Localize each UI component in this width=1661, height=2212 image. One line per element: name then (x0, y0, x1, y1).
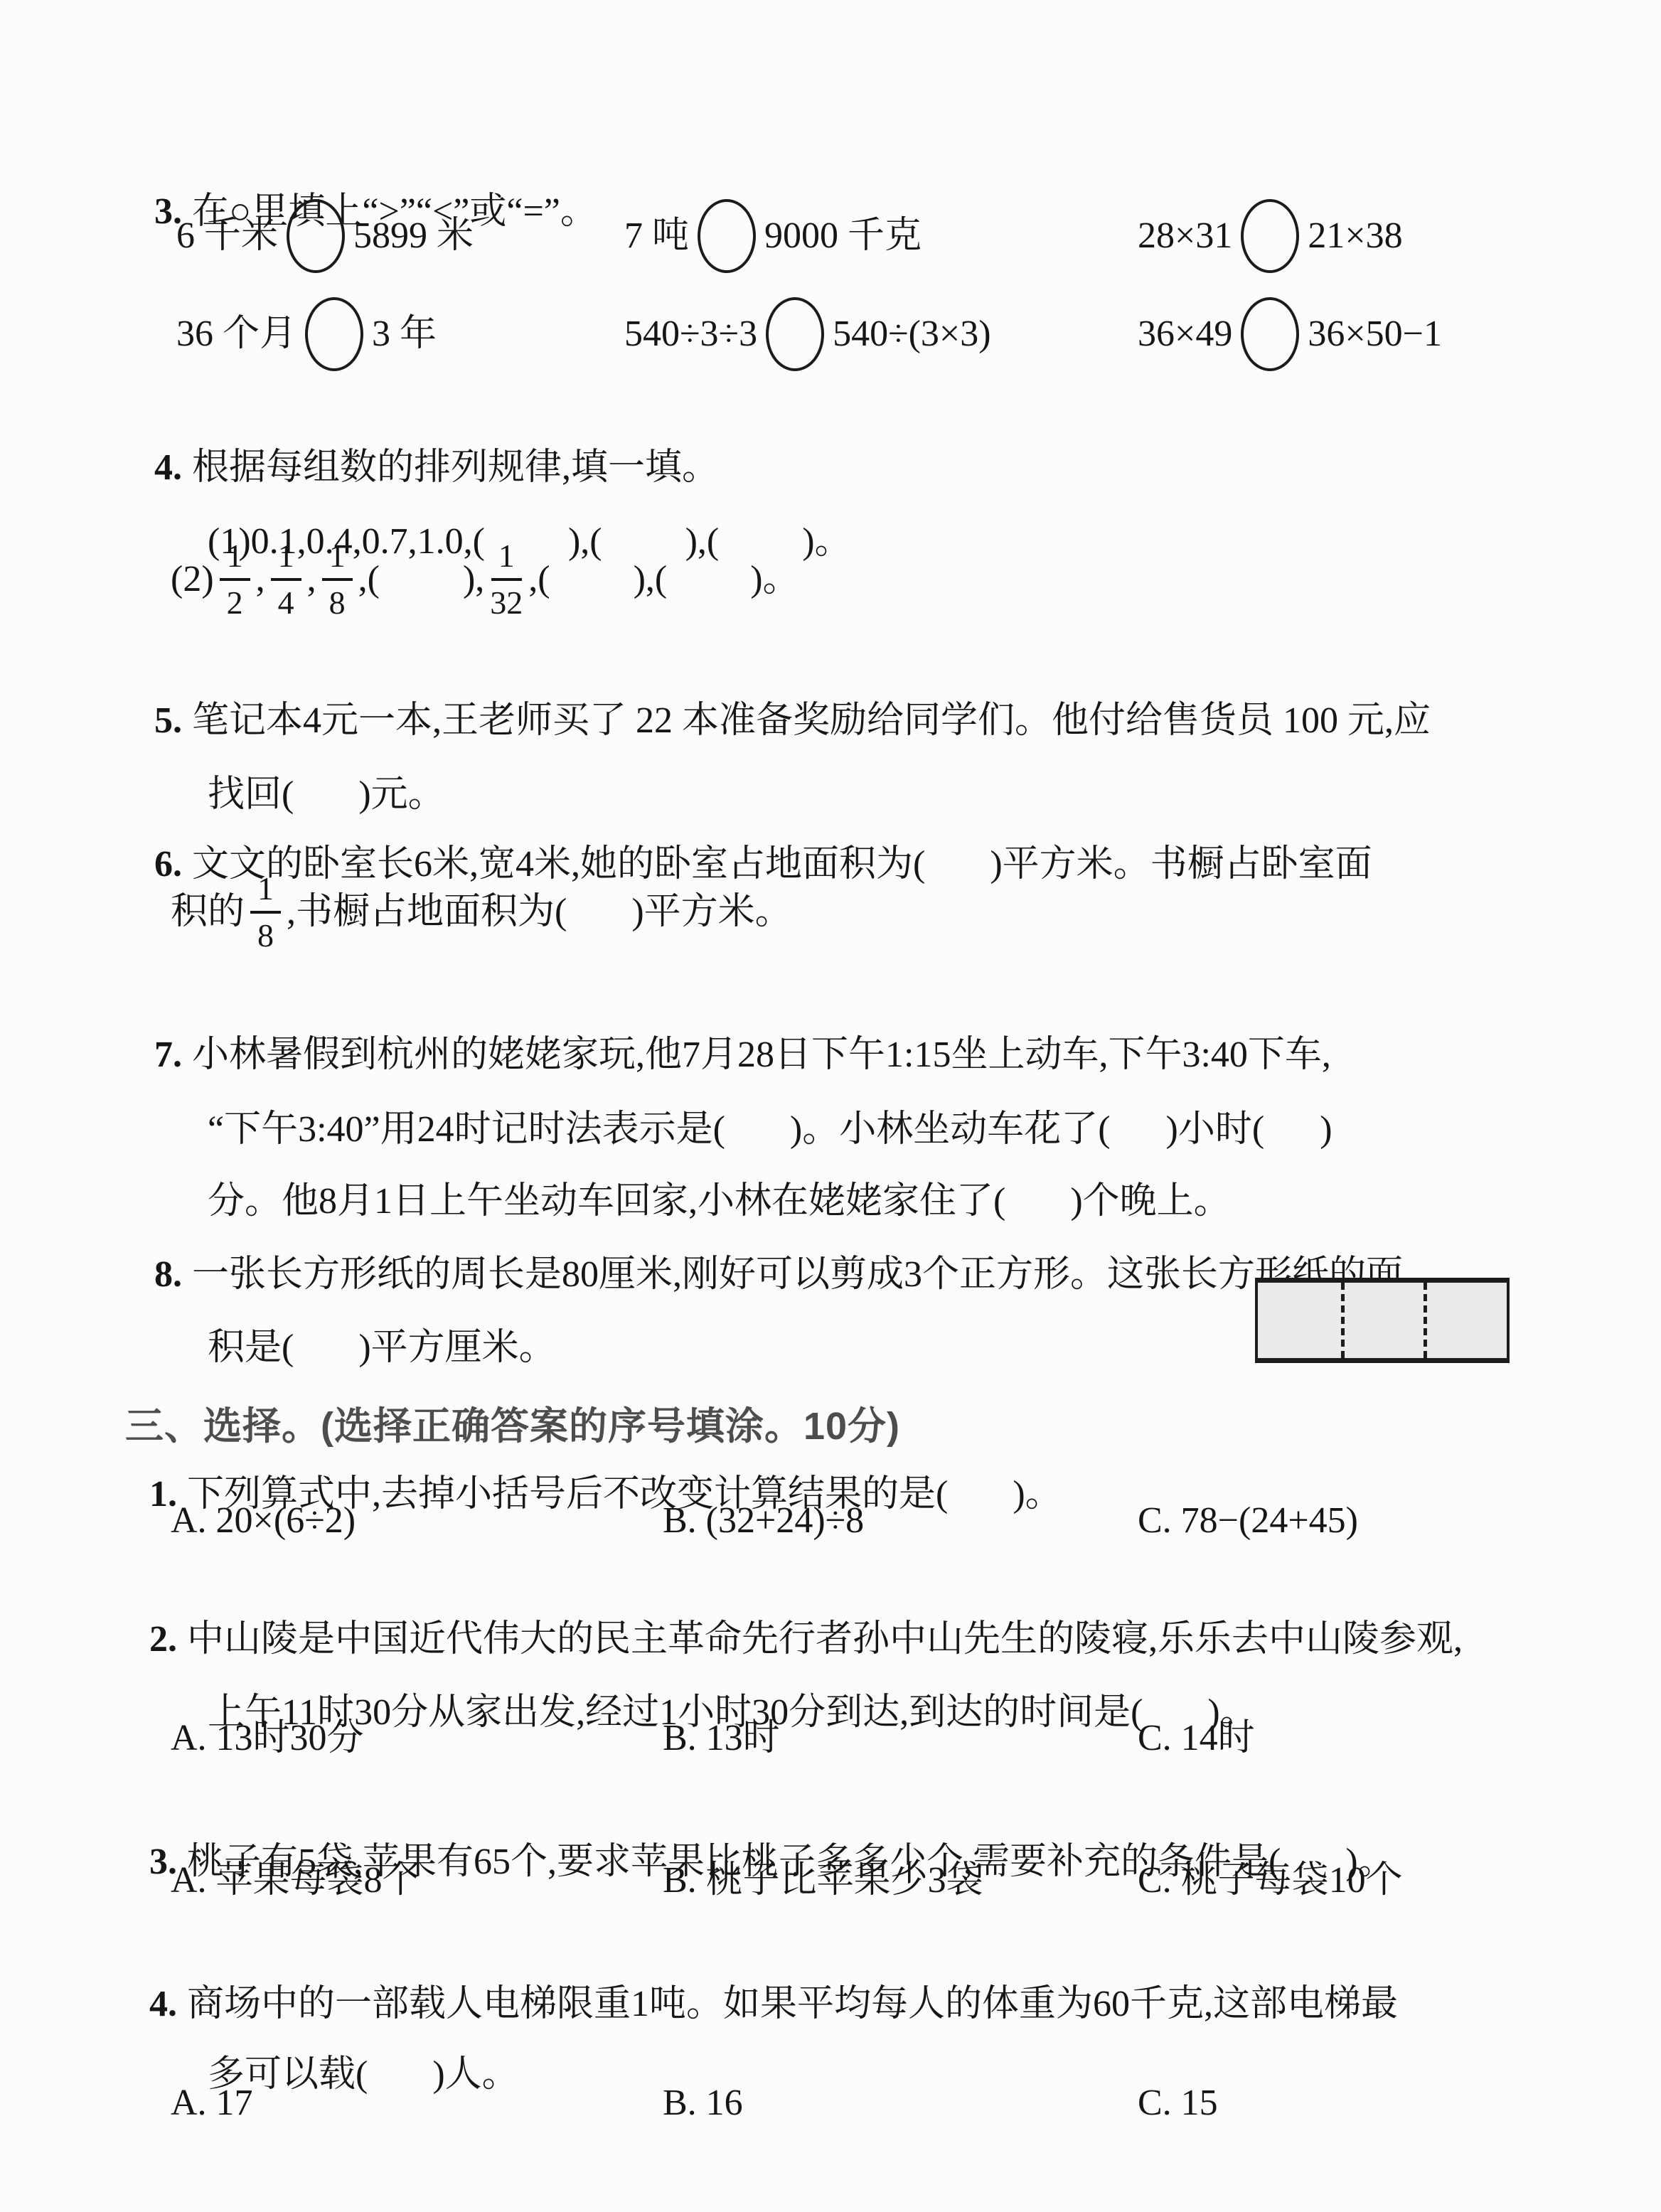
comparison-right: 3 年 (372, 310, 437, 358)
comparison-circle (287, 199, 345, 273)
option-b: B. 桃子比苹果少3袋 (663, 1856, 983, 1905)
choice-2-options: A. 13时30分 B. 13时 C. 14时 (171, 1714, 1593, 1765)
comparison-row-1: 6 千米 5899 米 7 吨 9000 千克 28×31 21×38 (176, 192, 1620, 280)
fraction-1-8: 18 (322, 540, 353, 619)
comparison-circle (1241, 199, 1299, 273)
option-c: C. 桃子每袋10个 (1138, 1856, 1403, 1905)
fraction-1-8: 18 (250, 872, 281, 952)
fraction-1-4: 14 (271, 540, 301, 619)
option-a: A. 17 (171, 2079, 253, 2127)
line-2-suffix: ,书橱占地面积为( )平方米。 (287, 888, 792, 936)
comparison-left: 540÷3÷3 (624, 310, 757, 358)
comparison-right: 21×38 (1308, 212, 1402, 260)
option-b: B. 13时 (663, 1714, 780, 1763)
comparison-circle (698, 199, 756, 273)
comparison-right: 9000 千克 (764, 212, 922, 260)
comparison-circle (1241, 297, 1299, 371)
line-2-prefix: 积的 (171, 888, 245, 936)
separator: , (307, 555, 316, 604)
comparison-item: 540÷3÷3 540÷(3×3) (624, 290, 991, 378)
blank-separator: ,( ), (358, 555, 485, 604)
option-a: A. 20×(6÷2) (171, 1497, 356, 1545)
option-a: A. 苹果每袋8个 (171, 1856, 420, 1905)
option-c: C. 15 (1138, 2079, 1218, 2127)
dashed-divider-icon (1424, 1283, 1427, 1358)
comparison-right: 36×50−1 (1308, 310, 1442, 358)
choice-3-options: A. 苹果每袋8个 B. 桃子比苹果少3袋 C. 桃子每袋10个 (171, 1856, 1593, 1908)
option-b: B. (32+24)÷8 (663, 1497, 864, 1545)
comparison-item: 6 千米 5899 米 (176, 192, 474, 280)
comparison-item: 36 个月 3 年 (176, 290, 437, 378)
comparison-right: 540÷(3×3) (833, 310, 991, 358)
option-c: C. 78−(24+45) (1138, 1497, 1358, 1545)
exam-page: 3.在○里填上“>”“<”或“=”。 6 千米 5899 米 7 吨 9000 … (0, 0, 1661, 2212)
comparison-circle (305, 297, 363, 371)
blank-separator: ,( ),( )。 (528, 555, 799, 604)
option-a: A. 13时30分 (171, 1714, 364, 1763)
choice-4-options: A. 17 B. 16 C. 15 (171, 2079, 1593, 2130)
comparison-right: 5899 米 (353, 212, 474, 260)
choice-1-options: A. 20×(6÷2) B. (32+24)÷8 C. 78−(24+45) (171, 1497, 1593, 1548)
rectangle-figure (1255, 1278, 1510, 1363)
comparison-left: 7 吨 (624, 212, 689, 260)
item-2-prefix: (2) (171, 555, 214, 604)
dashed-divider-icon (1341, 1283, 1345, 1358)
question-4-item-2: (2) 12 , 14 , 18 ,( ), 132 ,( ),( )。 (171, 519, 800, 640)
option-c: C. 14时 (1138, 1714, 1255, 1763)
comparison-left: 6 千米 (176, 212, 278, 260)
question-6-line-2: 积的 18 ,书橱占地面积为( )平方米。 (171, 852, 792, 973)
comparison-left: 36 个月 (176, 310, 297, 358)
separator: , (256, 555, 265, 604)
comparison-item: 7 吨 9000 千克 (624, 192, 922, 280)
option-b: B. 16 (663, 2079, 743, 2127)
comparison-item: 36×49 36×50−1 (1138, 290, 1442, 378)
comparison-left: 36×49 (1138, 310, 1232, 358)
comparison-row-2: 36 个月 3 年 540÷3÷3 540÷(3×3) 36×49 36×50−… (176, 290, 1620, 378)
fraction-1-32: 132 (490, 540, 523, 619)
comparison-item: 28×31 21×38 (1138, 192, 1403, 280)
comparison-circle (766, 297, 824, 371)
comparison-left: 28×31 (1138, 212, 1232, 260)
fraction-1-2: 12 (220, 540, 250, 619)
